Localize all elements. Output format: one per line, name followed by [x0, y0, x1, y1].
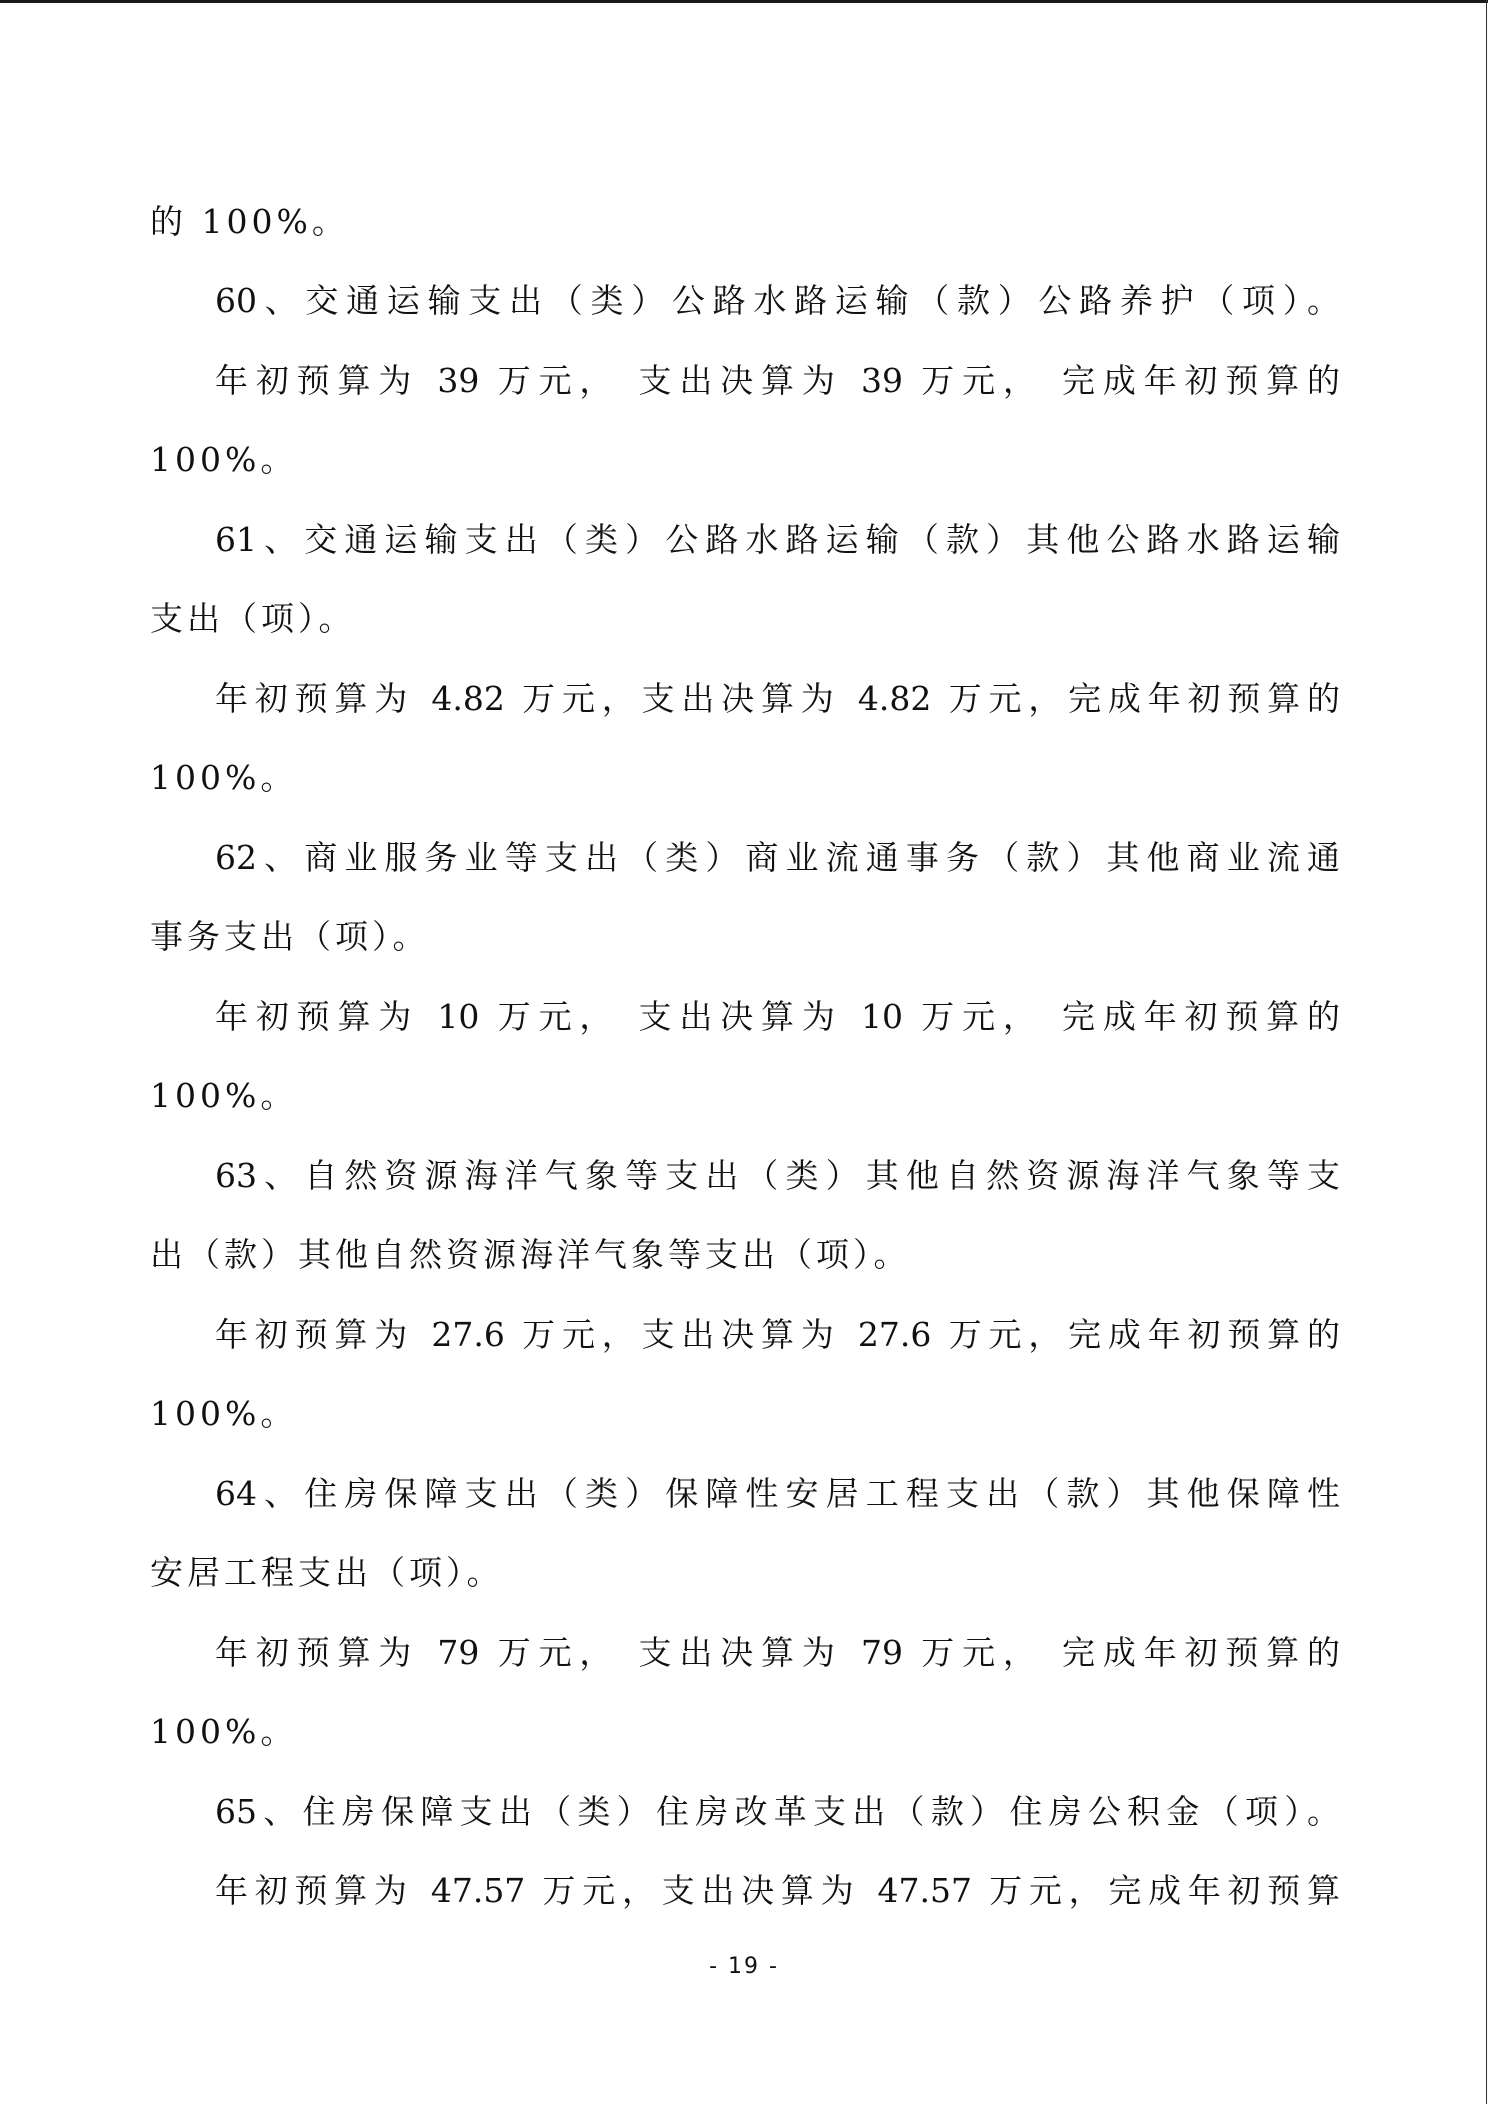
item-61-heading-cont: 支出（项）。: [150, 597, 356, 641]
paragraph-continuation: 的 100%。: [150, 200, 349, 244]
item-62-heading: 62、商业服务业等支出（类）商业流通事务（款）其他商业流通: [215, 836, 1340, 880]
item-64-budget-text: 年初预算为 79 万元， 支出决算为 79 万元， 完成年初预算的: [215, 1631, 1340, 1675]
item-60-completion-text: 100%。: [150, 438, 297, 482]
page-number: - 19 -: [0, 1952, 1488, 1982]
item-64-heading: 64、住房保障支出（类）保障性安居工程支出（款）其他保障性: [215, 1472, 1340, 1516]
item-61-completion-text: 100%。: [150, 756, 297, 800]
item-63-heading-cont: 出（款）其他自然资源海洋气象等支出（项）。: [150, 1233, 911, 1277]
item-65-budget-text: 年初预算为 47.57 万元，支出决算为 47.57 万元，完成年初预算: [215, 1869, 1340, 1913]
item-62-budget-text: 年初预算为 10 万元， 支出决算为 10 万元， 完成年初预算的: [215, 995, 1340, 1039]
item-61-heading: 61、交通运输支出（类）公路水路运输（款）其他公路水路运输: [215, 518, 1340, 562]
item-65-heading: 65、住房保障支出（类）住房改革支出（款）住房公积金（项）。: [215, 1790, 1340, 1834]
item-60-heading: 60、交通运输支出（类）公路水路运输（款）公路养护（项）。: [215, 279, 1340, 323]
item-62-heading-cont: 事务支出（项）。: [150, 915, 430, 959]
item-60-budget-text: 年初预算为 39 万元， 支出决算为 39 万元， 完成年初预算的: [215, 359, 1340, 403]
item-63-budget-text: 年初预算为 27.6 万元，支出决算为 27.6 万元，完成年初预算的: [215, 1313, 1340, 1357]
item-64-completion-text: 100%。: [150, 1710, 297, 1754]
document-page: 的 100%。 60、交通运输支出（类）公路水路运输（款）公路养护（项）。 年初…: [0, 0, 1488, 2104]
item-63-completion-text: 100%。: [150, 1392, 297, 1436]
item-62-completion-text: 100%。: [150, 1074, 297, 1118]
item-61-budget-text: 年初预算为 4.82 万元，支出决算为 4.82 万元，完成年初预算的: [215, 677, 1340, 721]
item-64-heading-cont: 安居工程支出（项）。: [150, 1551, 504, 1595]
item-63-heading: 63、自然资源海洋气象等支出（类）其他自然资源海洋气象等支: [215, 1154, 1340, 1198]
